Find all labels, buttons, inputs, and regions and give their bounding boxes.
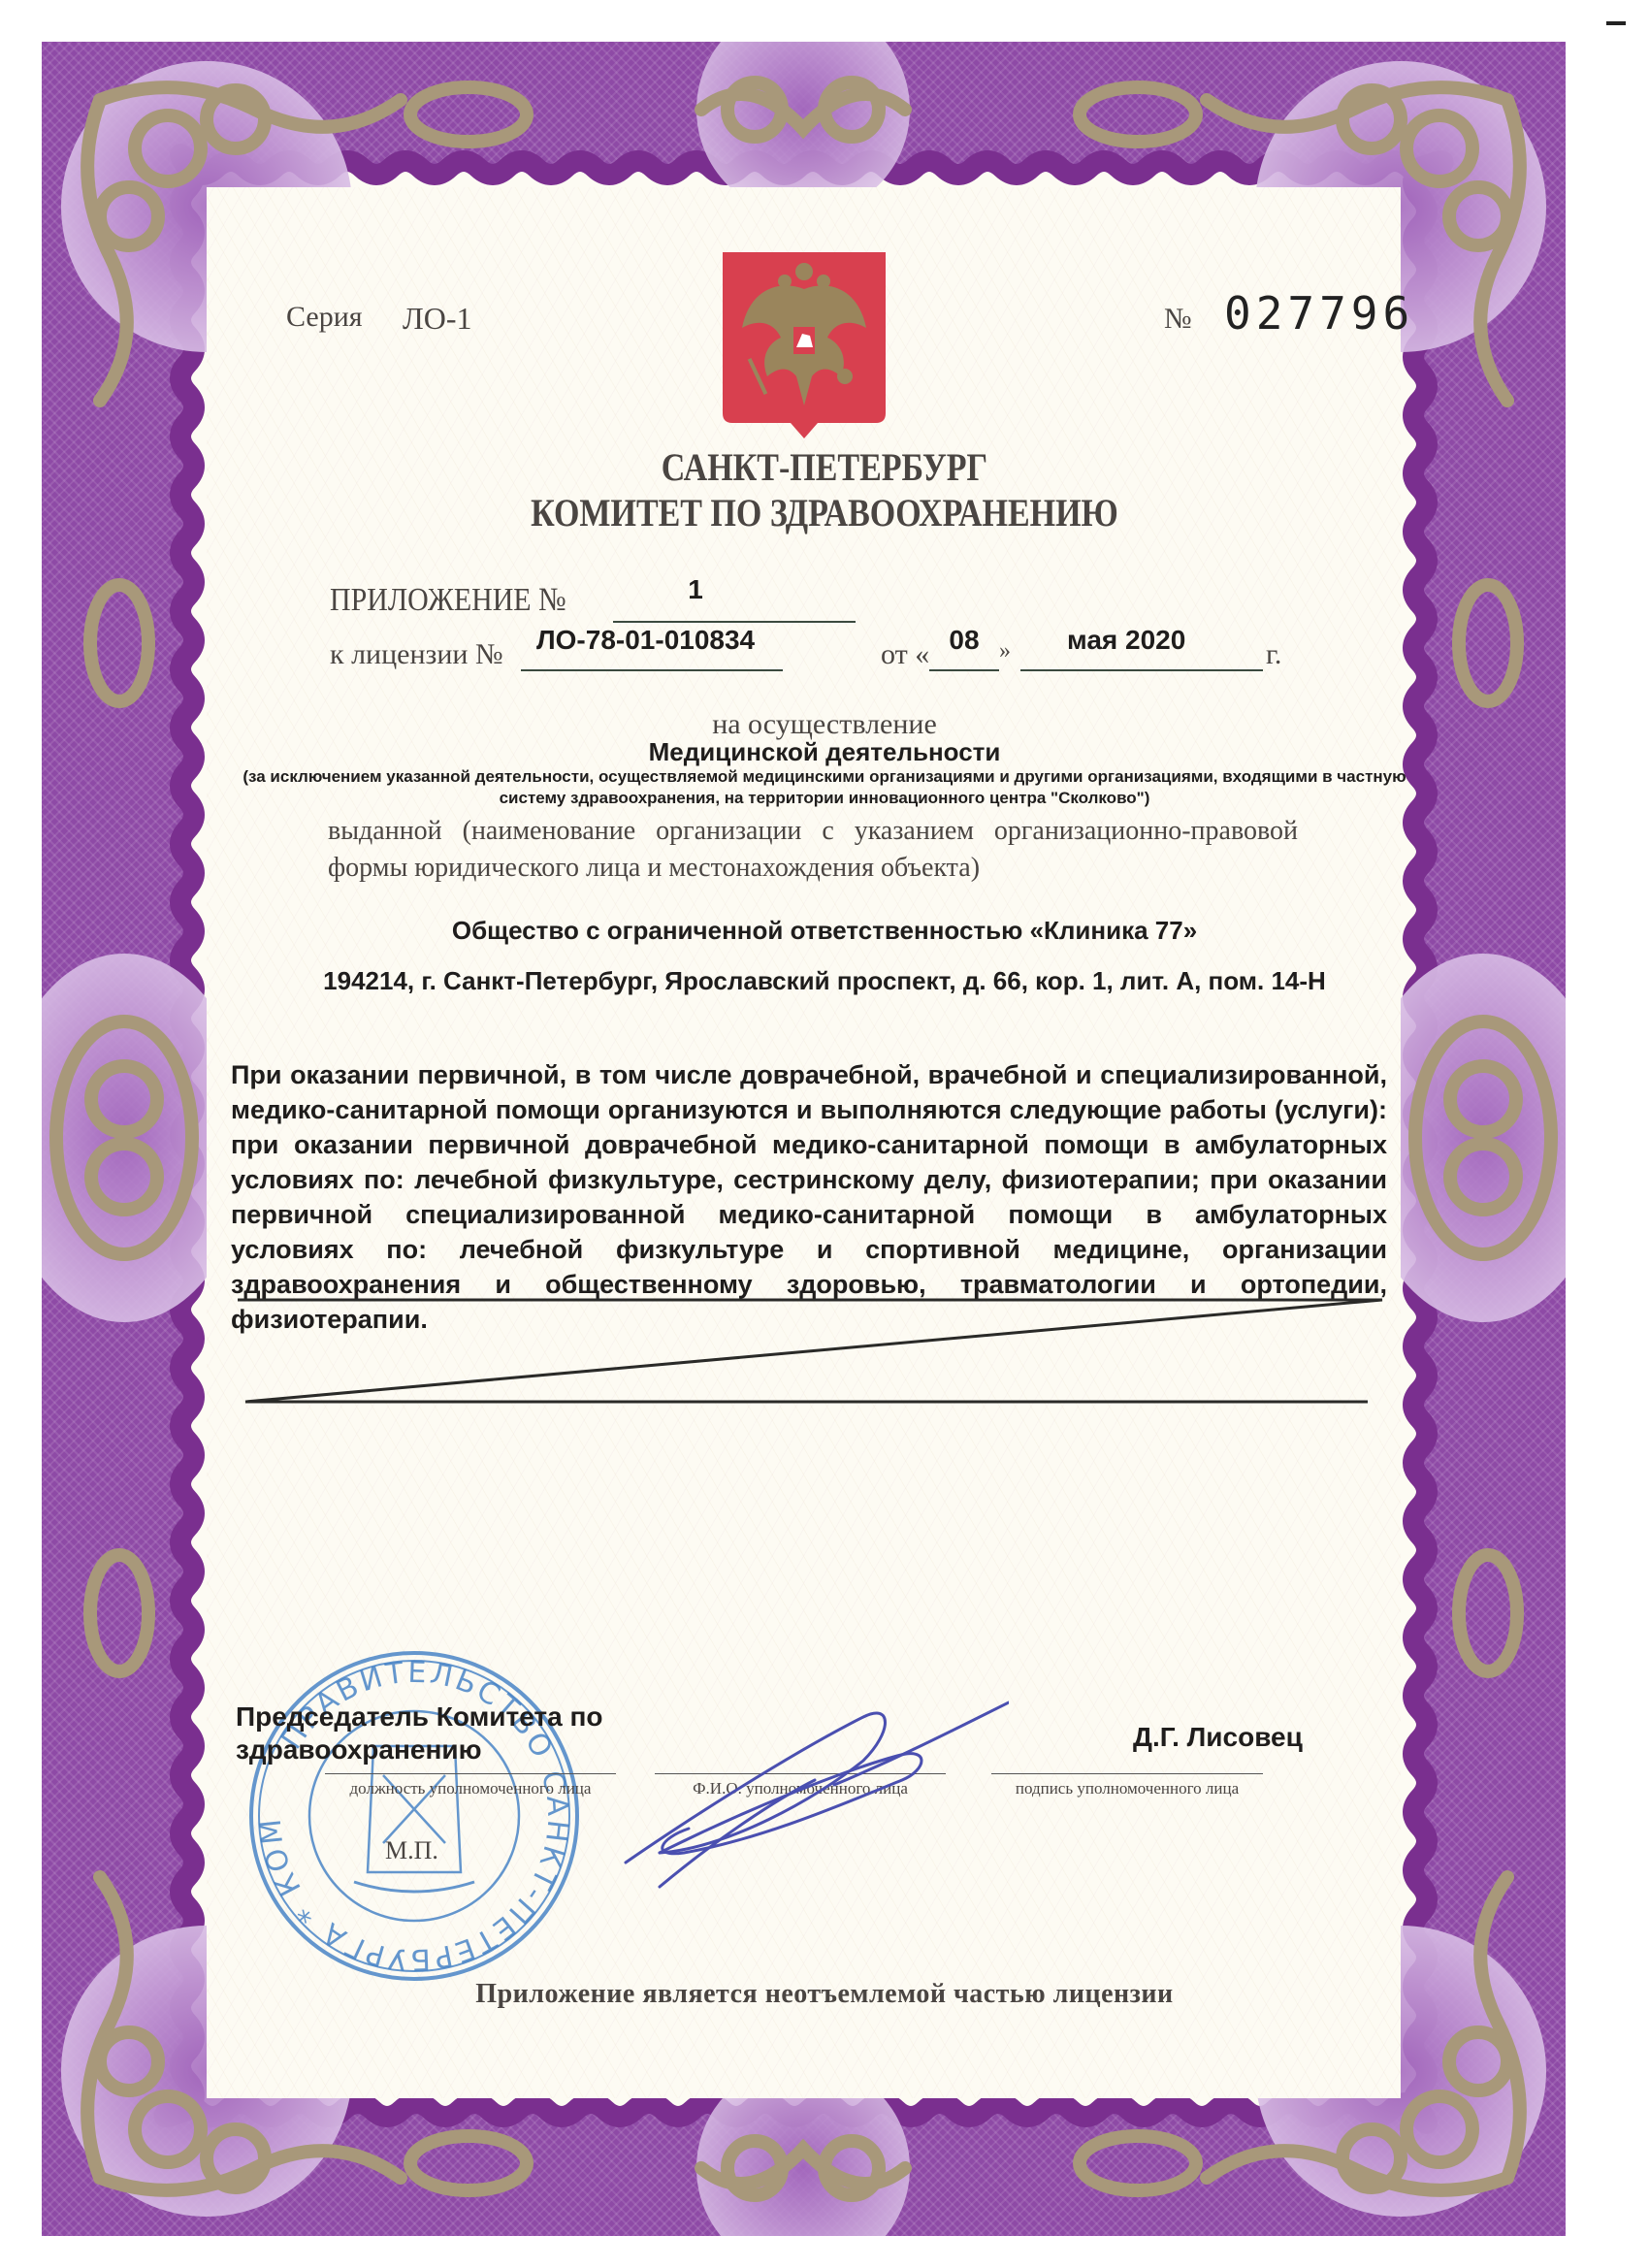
signature-line	[991, 1773, 1263, 1774]
signature-caption: подпись уполномоченного лица	[991, 1779, 1263, 1798]
date-month-year-value: мая 2020	[1067, 625, 1185, 656]
issued-to-label: выданной (наименование организации с ука…	[328, 813, 1298, 887]
position-title: Председатель Комитета по здравоохранению	[236, 1701, 643, 1766]
number-sign: №	[1164, 303, 1192, 336]
footer-note: Приложение является неотъемлемой частью …	[0, 1979, 1649, 2010]
annex-number-value: 1	[613, 574, 778, 605]
annex-label: ПРИЛОЖЕНИЕ №	[330, 582, 566, 619]
series-label: Серия	[286, 301, 363, 334]
series-value: ЛО-1	[403, 301, 471, 337]
services-text: При оказании первичной, в том числе довр…	[231, 1057, 1387, 1337]
position-line	[325, 1773, 616, 1774]
license-number-value: ЛО-78-01-010834	[536, 625, 755, 656]
organization-name: Общество с ограниченной ответственностью…	[0, 916, 1649, 946]
city-title: САНКТ-ПЕТЕРБУРГ	[124, 444, 1526, 490]
form-number: 027796	[1224, 287, 1414, 340]
date-from-label: от «	[881, 638, 929, 671]
date-day-value: 08	[929, 625, 999, 656]
official-seal-stamp: ПРАВИТЕЛЬСТВО САНКТ-ПЕТЕРБУРГА * КОМИТЕТ…	[247, 1649, 582, 1984]
exclusion-note: (за исключением указанной деятельности, …	[238, 766, 1411, 809]
purpose-intro: на осуществление	[0, 708, 1649, 741]
date-quote-close: »	[999, 638, 1011, 664]
committee-title: КОМИТЕТ ПО ЗДРАВООХРАНЕНИЮ	[124, 490, 1526, 535]
license-number-line	[521, 669, 783, 671]
license-label: к лицензии №	[330, 638, 503, 671]
date-month-line	[1020, 669, 1263, 671]
russian-coat-of-arms-icon	[721, 250, 888, 440]
activity-type: Медицинской деятельности	[0, 737, 1649, 767]
date-day-line	[929, 669, 999, 671]
organization-address: 194214, г. Санкт-Петербург, Ярославский …	[0, 966, 1649, 996]
annex-number-line	[613, 621, 856, 623]
signer-name: Д.Г. Лисовец	[1133, 1722, 1303, 1753]
seal-place-label: М.П.	[385, 1836, 438, 1865]
date-year-suffix: г.	[1266, 638, 1281, 671]
scan-mark	[1606, 21, 1626, 25]
position-caption: должность уполномоченного лица	[325, 1779, 616, 1798]
handwritten-signature	[601, 1693, 1009, 1916]
